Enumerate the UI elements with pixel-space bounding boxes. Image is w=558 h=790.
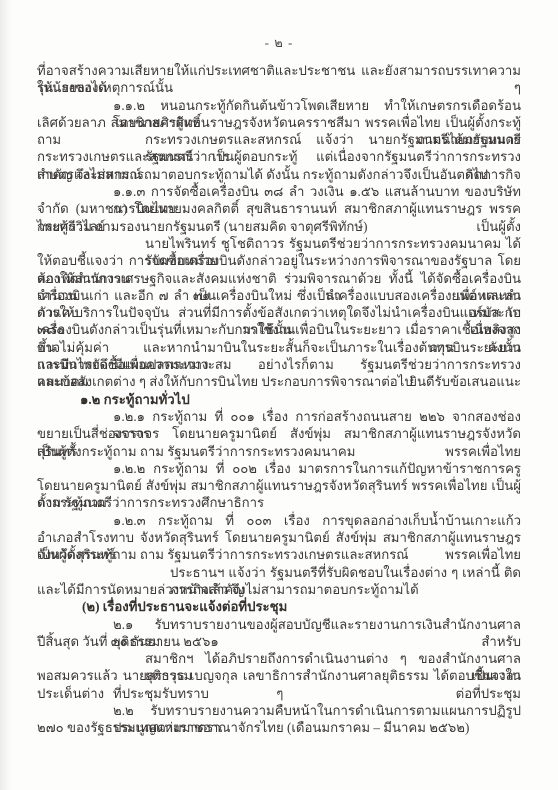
text-line: และมีการจัดซื้อเพื่อความเหมาะสม อย่างไรก…	[37, 356, 521, 373]
text-line: พอสมควรแล้ว นายสราวุธ เบญจกุล เลขาธิการส…	[37, 667, 521, 684]
text-line: สมาชิกฯ ได้อภิปรายถึงการดำเนินงานต่าง ๆ …	[37, 650, 521, 667]
text-line: ๒.๒ รับทราบรายงานความคืบหน้าในการดำเนินก…	[37, 702, 521, 719]
text-line: โดยนายครูมานิตย์ สังข์พุ่ม สมาชิกสภาผู้แ…	[37, 477, 521, 494]
text-line: ๑.๒.๑ กระทู้ถาม ที่ ๐๐๑ เรื่อง การก่อสร้…	[37, 408, 521, 425]
text-line: เครื่องบินดังกล่าวเป็นรุ่นที่เหมาะกับการ…	[37, 321, 521, 338]
text-line: ๒๗๐ ของรัฐธรรมนูญแห่งราชอาณาจักรไทย (เดื…	[37, 719, 521, 736]
text-line: สภาพัฒนาการเศรษฐกิจและสังคมแห่งชาติ ร่วม…	[37, 270, 521, 287]
text-line: ๒.๑ รับทราบรายงานของผู้สอบบัญชีและรายงาน…	[37, 616, 521, 633]
page-number: - ๒ -	[0, 32, 558, 53]
scan-shadow	[0, 0, 12, 790]
text-line: อำเภอสำโรงทาบ จังหวัดสุรินทร์ โดยนายครูม…	[37, 529, 521, 546]
text-line: เลิศด้วยลาภ สมาชิกสภาผู้แทนราษฎรจังหวัดน…	[37, 114, 521, 131]
text-line: ขยายเป็นสี่ช่องจราจร โดยนายครูมานิตย์ สั…	[37, 425, 521, 442]
text-line: อาจไม่คุ้มค่า และหากนำมาบินในระยะสั้นก็จ…	[37, 339, 521, 356]
text-line: เครื่องบินเก่า และอีก ๗ ลำ เป็นเครื่องบิ…	[37, 287, 521, 304]
text-line: ประธานฯ แจ้งว่า รัฐมนตรีที่รับผิดชอบในเร…	[37, 564, 521, 581]
text-line: ๑.๒.๒ กระทู้ถาม ที่ ๐๐๒ เรื่อง มาตรการใน…	[37, 460, 521, 477]
text-line: และได้มีการนัดหมายล่วงหน้าแล้ว จึงไม่สาม…	[37, 581, 521, 598]
text-line: ๑.๑.๓ การจัดซื้อเครื่องบิน ๓๘ ลำ วงเงิน …	[37, 183, 521, 200]
text-line: ที่อาจสร้างความเสียหายให้แก่ประเทศชาติแล…	[37, 62, 521, 79]
text-line: (๒) เรื่องที่ประธานจะแจ้งต่อที่ประชุม	[37, 598, 521, 615]
text-line: ถาม รัฐมนตรีว่าการกระทรวงศึกษาธิการ	[37, 494, 521, 511]
document-lines: ที่อาจสร้างความเสียหายให้แก่ประเทศชาติแล…	[37, 62, 521, 737]
text-line: การให้บริการในปัจจุบัน ส่วนที่มีการตั้งข…	[37, 304, 521, 321]
text-line: ๑.๒ กระทู้ถามทั่วไป	[37, 391, 521, 408]
document-page: - ๒ - ที่อาจสร้างความเสียหายให้แก่ประเทศ…	[0, 0, 558, 790]
text-line: ๑.๑.๒ หนอนกระทู้กัดกินต้นข้าวโพดเสียหาย …	[37, 97, 521, 114]
text-line: ให้ตอบชี้แจงว่า การจัดซื้อเครื่องบินดังก…	[37, 252, 521, 269]
text-line: กระทรวงเกษตรและสหกรณ์ เป็นผู้ตอบกระทู้ แ…	[37, 148, 521, 165]
text-line: ๑.๒.๓ กระทู้ถาม ที่ ๐๐๓ เรื่อง การขุดลอก…	[37, 512, 521, 529]
text-line: สำคัญ จึงไม่สามารถมาตอบกระทู้ถามได้ ดังน…	[37, 166, 521, 183]
text-line: นายไพรินทร์ ชูโชติถาวร รัฐมนตรีช่วยว่ากา…	[37, 235, 521, 252]
text-line: จำกัด (มหาชน) โดยนายมงคลกิตติ์ สุขสินธาร…	[37, 200, 521, 217]
